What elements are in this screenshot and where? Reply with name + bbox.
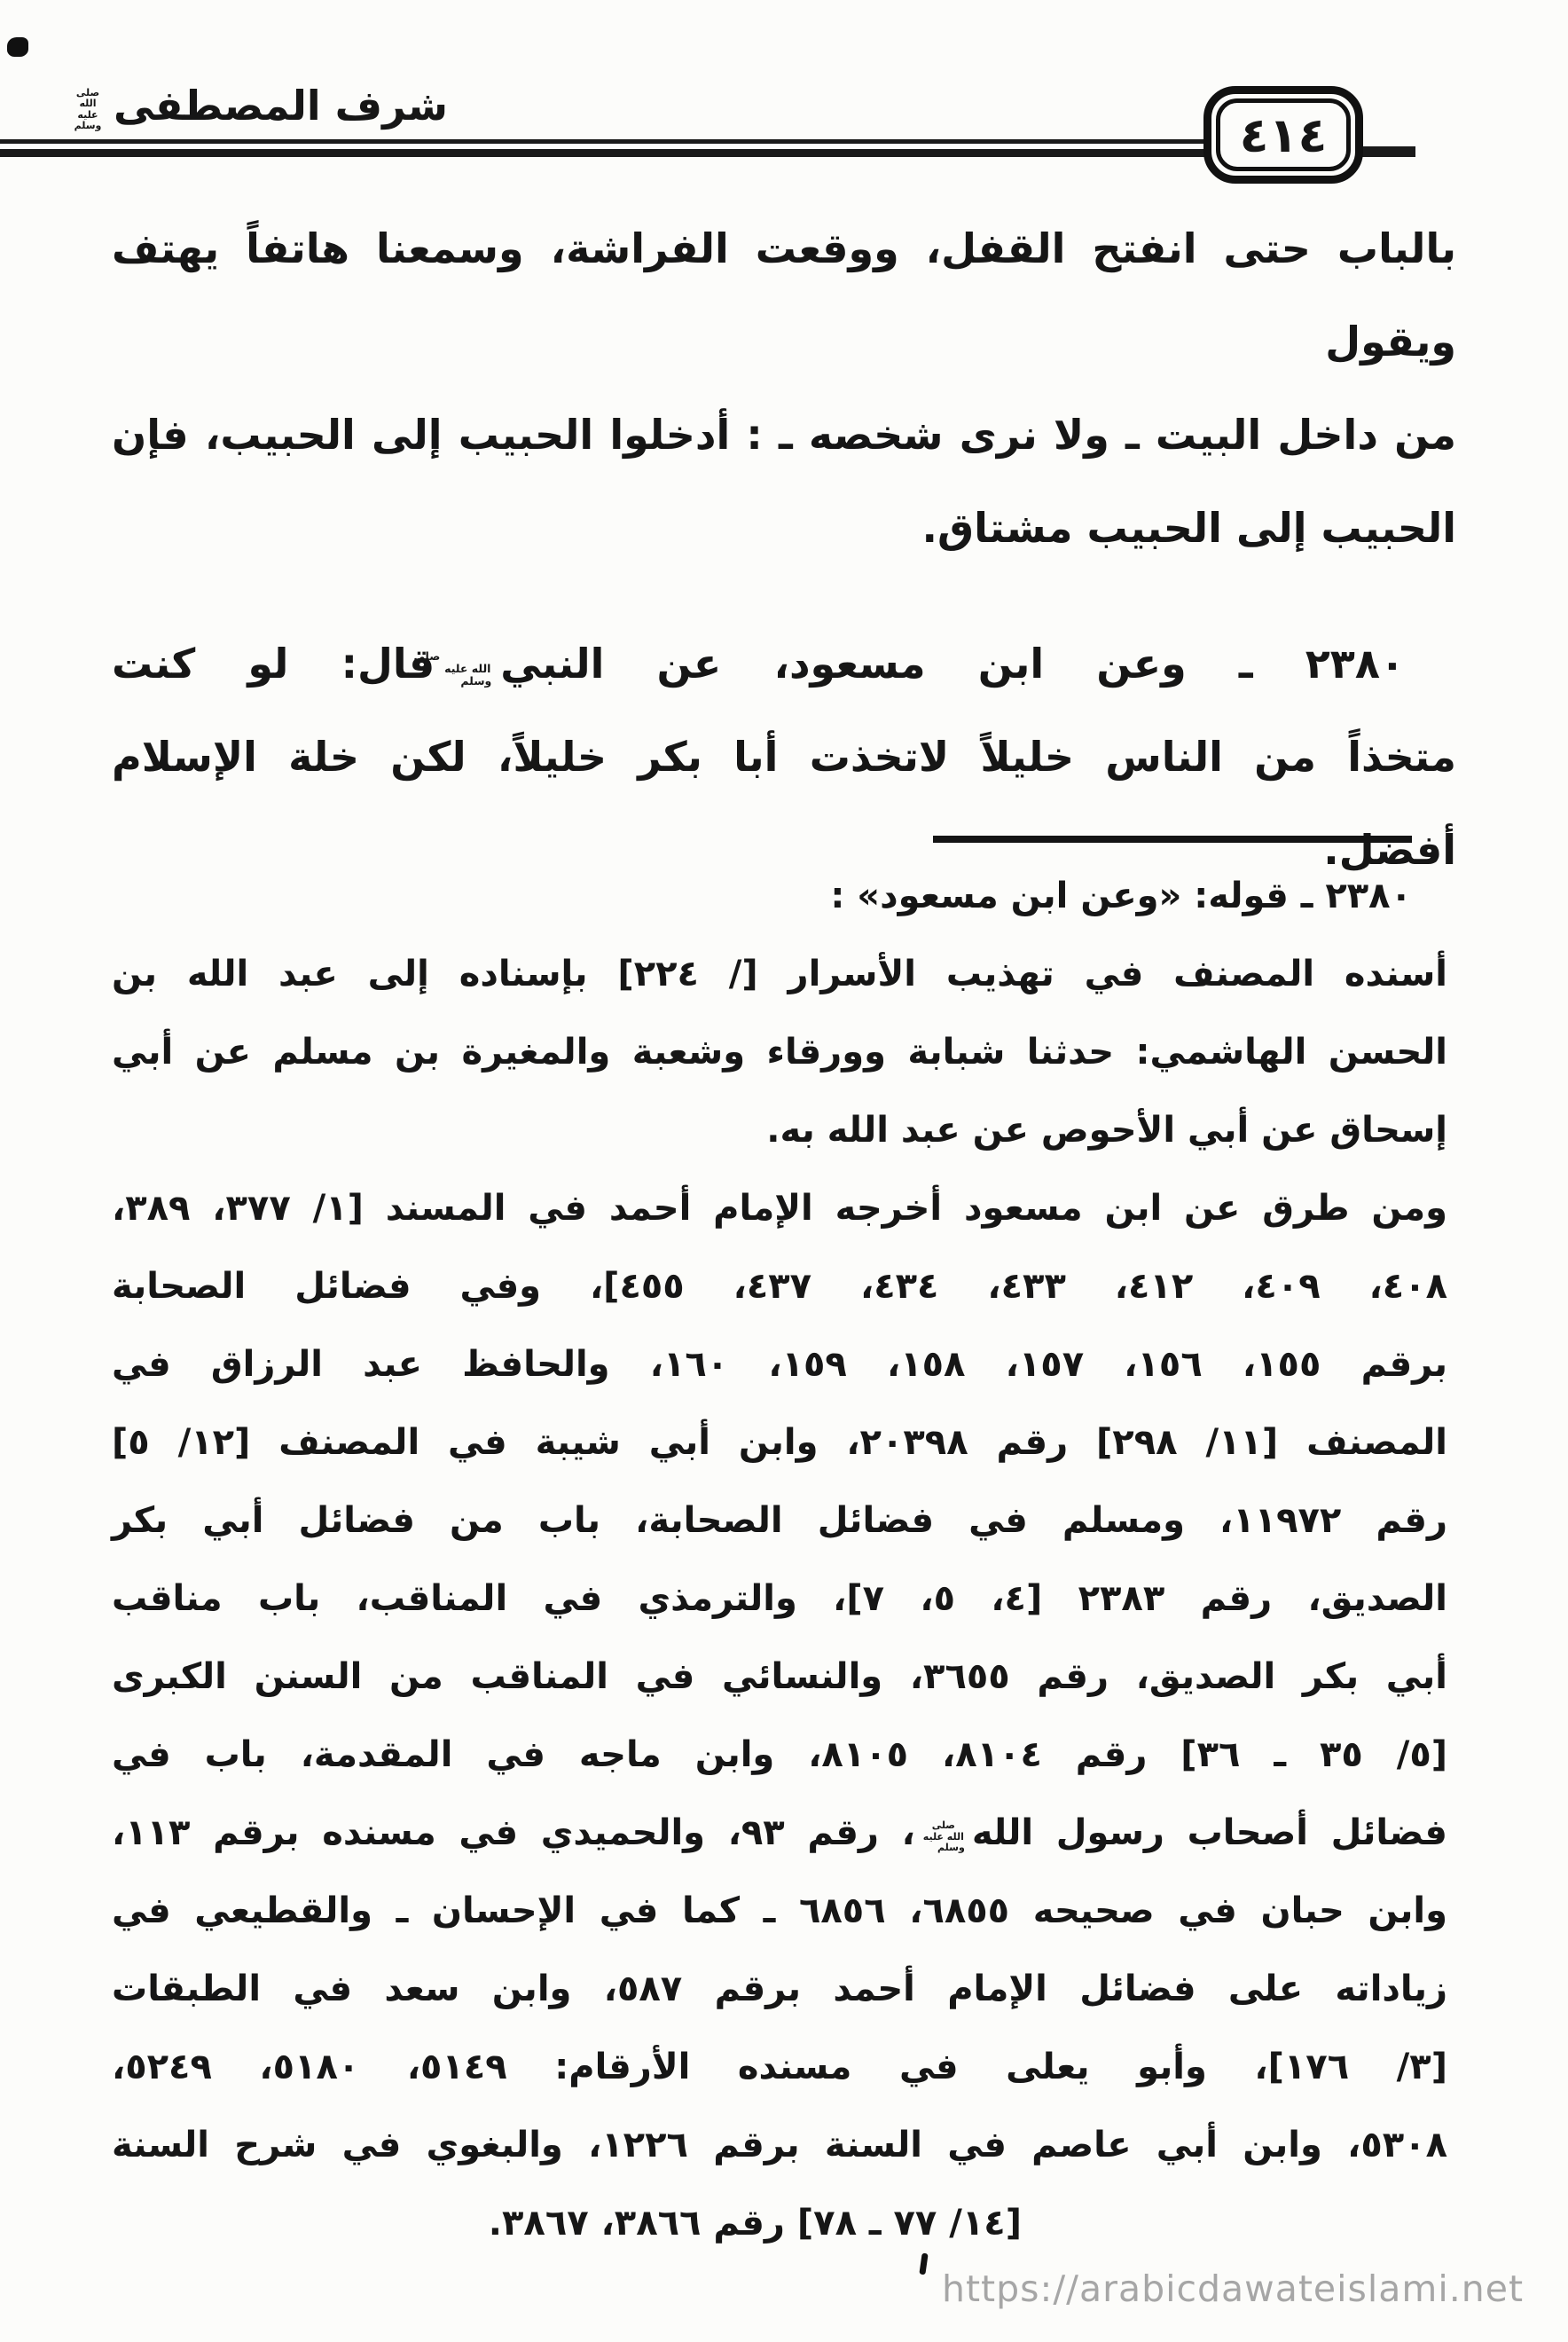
footnote-line: ٥٣٠٨، وابن أبي عاصم في السنة برقم ١٢٢٦، … [112, 2106, 1447, 2184]
header-rule-left [0, 139, 1206, 157]
footnote-line: المصنف [١١/ ٢٩٨] رقم ٢٠٣٩٨، وابن أبي شيب… [112, 1403, 1447, 1481]
footnote-line: زياداته على فضائل الإمام أحمد برقم ٥٨٧، … [112, 1950, 1447, 2028]
page-number: ٤١٤ [1216, 98, 1351, 171]
footnote-line: ومن طرق عن ابن مسعود أخرجه الإمام أحمد ف… [112, 1169, 1447, 1247]
page-number-box: ٤١٤ [1203, 86, 1363, 184]
body-line: متخذاً من الناس خليلاً لاتخذت أبا بكر خل… [112, 711, 1456, 804]
scan-artifact [7, 37, 28, 57]
footnote-line: [٣/ ١٧٦]، وأبو يعلى في مسنده الأرقام: ٥١… [112, 2028, 1447, 2106]
footnote-line: [٥/ ٣٥ ـ ٣٦] رقم ٨١٠٤، ٨١٠٥، وابن ماجه ف… [112, 1716, 1447, 1794]
footnote-line: ٢٣٨٠ ـ قوله: «وعن ابن مسعود» : [112, 857, 1447, 935]
footnote-line: رقم ١١٩٧٢، ومسلم في فضائل الصحابة، باب م… [112, 1481, 1447, 1560]
running-head-title: شرف المصطفىصلى الله عليه وسلم [62, 82, 448, 131]
footnote-line: الحسن الهاشمي: حدثنا شبابة وورقاء وشعبة … [112, 1013, 1447, 1091]
footnote-separator-rule [933, 836, 1412, 843]
body-line: بالباب حتى انفتح القفل، ووقعت الفراشة، و… [112, 202, 1456, 389]
saw-honorific-symbol: صلى الله عليه وسلم [922, 1820, 965, 1853]
footnote-line: فضائل أصحاب رسول اللهصلى الله عليه وسلم،… [112, 1794, 1447, 1872]
saw-honorific-symbol: صلى الله عليه وسلم [443, 650, 491, 688]
saw-honorific-symbol: صلى الله عليه وسلم [67, 88, 108, 131]
footnote-line: وابن حبان في صحيحه ٦٨٥٥، ٦٨٥٦ ـ كما في ا… [112, 1872, 1447, 1950]
footnote-line: برقم ١٥٥، ١٥٦، ١٥٧، ١٥٨، ١٥٩، ١٦٠، والحا… [112, 1325, 1447, 1403]
hadith-text-pre: ٢٣٨٠ ـ وعن ابن مسعود، عن النبي [500, 640, 1405, 688]
footnote-line: أبي بكر الصديق، رقم ٣٦٥٥، والنسائي في ال… [112, 1638, 1447, 1716]
footnote-block: ٢٣٨٠ ـ قوله: «وعن ابن مسعود» : أسنده الم… [112, 857, 1447, 2262]
footnote-text-post: ، رقم ٩٣، والحميدي في مسنده برقم ١١٣، [112, 1812, 915, 1853]
footnote-line: ٤٠٨، ٤٠٩، ٤١٢، ٤٣٣، ٤٣٤، ٤٣٧، ٤٥٥]، وفي … [112, 1247, 1447, 1325]
body-line: من داخل البيت ـ ولا نرى شخصه ـ : أدخلوا … [112, 389, 1456, 482]
book-title-text: شرف المصطفى [114, 82, 448, 130]
footnote-line: إسحاق عن أبي الأحوص عن عبد الله به. [112, 1091, 1447, 1169]
header-rule-right [1355, 146, 1415, 157]
footnote-line: أسنده المصنف في تهذيب الأسرار [/ ٢٢٤] بإ… [112, 935, 1447, 1013]
hadith-text-post: قال: لو كنت [112, 640, 435, 688]
paragraph-gap [112, 575, 1456, 617]
footnote-line: [١٤/ ٧٧ ـ ٧٨] رقم ٣٨٦٦، ٣٨٦٧. [112, 2184, 1447, 2262]
footnote-line: الصديق، رقم ٢٣٨٣ [٤، ٥، ٧]، والترمذي في … [112, 1560, 1447, 1638]
hadith-first-line: ٢٣٨٠ ـ وعن ابن مسعود، عن النبيصلى الله ع… [112, 617, 1456, 711]
book-page: شرف المصطفىصلى الله عليه وسلم ٤١٤ بالباب… [0, 0, 1568, 2342]
body-line: الحبيب إلى الحبيب مشتاق. [112, 482, 1456, 575]
footnote-text-pre: فضائل أصحاب رسول الله [972, 1812, 1447, 1853]
watermark-url: https://arabicdawateislami.net [942, 2267, 1524, 2310]
main-text-block: بالباب حتى انفتح القفل، ووقعت الفراشة، و… [112, 202, 1456, 897]
